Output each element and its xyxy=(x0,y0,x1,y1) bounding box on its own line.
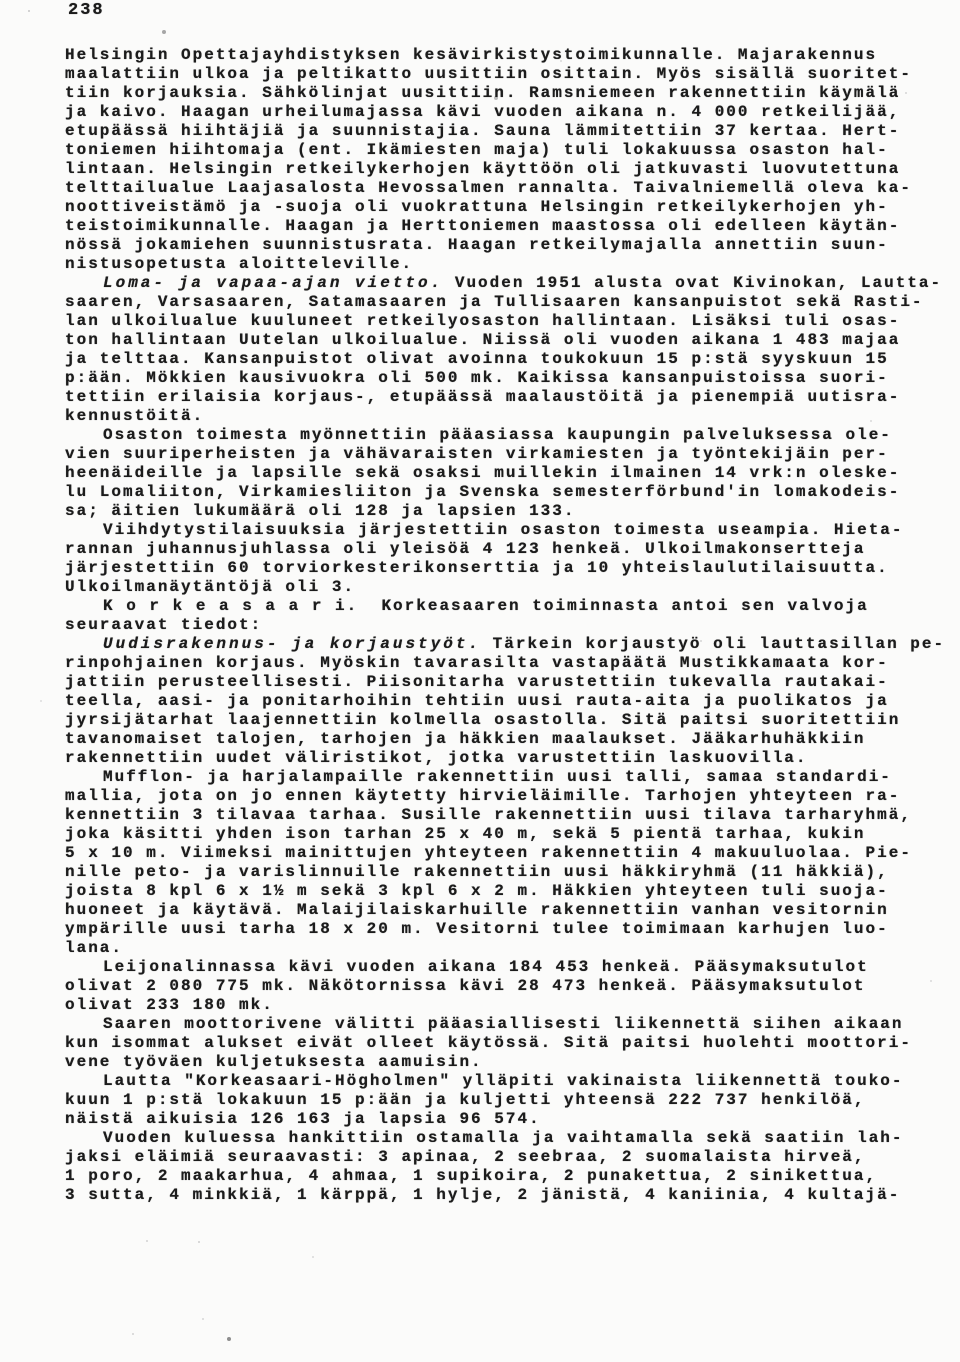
text-block: Helsingin Opettajayhdistyksen kesävirkis… xyxy=(65,46,945,1205)
text-line: huoneet ja käytävä. Malaijilaiskarhuille… xyxy=(65,901,945,920)
text-line: tavanomaiset talojen, tarhojen ja häkkie… xyxy=(65,730,945,749)
text-line: lu Lomaliiton, Virkamiesliiton ja Svensk… xyxy=(65,483,945,502)
paragraph: Lautta "Korkeasaari-Högholmen" ylläpiti … xyxy=(65,1072,945,1129)
text-line: jattiin perusteellisesti. Piisonitarha v… xyxy=(65,673,945,692)
text-line: järjestettiin 60 torviorkesterikonsertti… xyxy=(65,559,945,578)
text-line: rannan juhannusjuhlassa oli yleisöä 4 12… xyxy=(65,540,945,559)
text-line: K o r k e a s a a r i. Korkeasaaren toim… xyxy=(65,597,945,616)
text-line: olivat 2 080 775 mk. Näkötornissa kävi 2… xyxy=(65,977,945,996)
text-line: ja kaivo. Haagan urheilumajassa kävi vuo… xyxy=(65,103,945,122)
text-line: kun isommat alukset eivät olleet käytöss… xyxy=(65,1034,945,1053)
text-line: joka käsitti yhden ison tarhan 25 x 40 m… xyxy=(65,825,945,844)
scanned-document-page: 238 Helsingin Opettajayhdistyksen kesävi… xyxy=(0,0,960,1362)
text-line: lana. xyxy=(65,939,945,958)
text-line: kennettiin 3 tilavaa tarhaa. Susille rak… xyxy=(65,806,945,825)
paragraph: Helsingin Opettajayhdistyksen kesävirkis… xyxy=(65,46,945,274)
text-line: joista 8 kpl 6 x 1½ m sekä 3 kpl 6 x 2 m… xyxy=(65,882,945,901)
page-number: 238 xyxy=(68,1,105,20)
text-line: rakennettiin uudet väliristikot, jotka v… xyxy=(65,749,945,768)
paragraph: Viihdytystilaisuuksia järjestettiin osas… xyxy=(65,521,945,597)
text-line: kuun 1 p:stä lokakuun 15 p:ään ja kuljet… xyxy=(65,1091,945,1110)
text-line: p:ään. Mökkien kausivuokra oli 500 mk. K… xyxy=(65,369,945,388)
text-line: noottiveistämö ja -suoja oli vuokrattuna… xyxy=(65,198,945,217)
text-line: etupäässä hiihtäjiä ja suunnistajia. Sau… xyxy=(65,122,945,141)
text-run: Vuoden 1951 alusta ovat Kivinokan, Lautt… xyxy=(443,274,942,292)
text-line: ton hallintaan Uutelan ulkoilualue. Niis… xyxy=(65,331,945,350)
text-line: lintaan. Helsingin retkeilykerhojen käyt… xyxy=(65,160,945,179)
text-line: vene työväen kuljetuksesta aamuisin. xyxy=(65,1053,945,1072)
italic-heading: Uudisrakennus- ja korjaustyöt. xyxy=(103,635,481,653)
text-line: nille peto- ja varislinnuille rakennetti… xyxy=(65,863,945,882)
paragraph: Vuoden kuluessa hankittiin ostamalla ja … xyxy=(65,1129,945,1205)
text-line: Helsingin Opettajayhdistyksen kesävirkis… xyxy=(65,46,945,65)
text-line: maalattiin ulkoa ja peltikatto uusittiin… xyxy=(65,65,945,84)
paragraph: Osaston toimesta myönnettiin pääasiassa … xyxy=(65,426,945,521)
text-line: näistä aikuisia 126 163 ja lapsia 96 574… xyxy=(65,1110,945,1129)
text-line: jyrsijätarhat laajennettiin kolmella osa… xyxy=(65,711,945,730)
text-line: Viihdytystilaisuuksia järjestettiin osas… xyxy=(65,521,945,540)
text-line: seuraavat tiedot: xyxy=(65,616,945,635)
text-line: mallia, jota on jo ennen käytetty hirvie… xyxy=(65,787,945,806)
text-line: 1 poro, 2 maakarhua, 4 ahmaa, 1 supikoir… xyxy=(65,1167,945,1186)
text-line: kennustöitä. xyxy=(65,407,945,426)
text-line: teella, aasi- ja ponitarhoihin tehtiin u… xyxy=(65,692,945,711)
text-line: olivat 233 180 mk. xyxy=(65,996,945,1015)
text-line: Osaston toimesta myönnettiin pääasiassa … xyxy=(65,426,945,445)
scan-noise xyxy=(0,0,2,2)
text-line: ja telttaa. Kansanpuistot olivat avoinna… xyxy=(65,350,945,369)
paragraph: Leijonalinnassa kävi vuoden aikana 184 4… xyxy=(65,958,945,1015)
text-line: ympärille uusi tarha 18 x 20 m. Vesitorn… xyxy=(65,920,945,939)
text-line: vien suuriperheisten ja vähävaraisten vi… xyxy=(65,445,945,464)
text-line: tettiin erilaisia korjaus-, etupäässä ma… xyxy=(65,388,945,407)
text-line: Vuoden kuluessa hankittiin ostamalla ja … xyxy=(65,1129,945,1148)
italic-heading: Loma- ja vapaa-ajan vietto. xyxy=(103,274,443,292)
text-line: 3 sutta, 4 minkkiä, 1 kärppä, 1 hylje, 2… xyxy=(65,1186,945,1205)
text-line: sa; äitien lukumäärä oli 128 ja lapsien … xyxy=(65,502,945,521)
text-line: Mufflon- ja harjalampaille rakennettiin … xyxy=(65,768,945,787)
text-line: rinpohjainen korjaus. Myöskin tavarasilt… xyxy=(65,654,945,673)
text-line: Leijonalinnassa kävi vuoden aikana 184 4… xyxy=(65,958,945,977)
text-run: Tärkein korjaustyö oli lauttasillan pe- xyxy=(481,635,945,653)
text-line: 5 x 10 m. Viimeksi mainittujen yhteyteen… xyxy=(65,844,945,863)
paragraph: Uudisrakennus- ja korjaustyöt. Tärkein k… xyxy=(65,635,945,768)
text-line: Lautta "Korkeasaari-Högholmen" ylläpiti … xyxy=(65,1072,945,1091)
text-line: nössä jokamiehen suunnistusrata. Haagan … xyxy=(65,236,945,255)
text-line: telttailualue Laajasalosta Hevossalmen r… xyxy=(65,179,945,198)
paragraph: Loma- ja vapaa-ajan vietto. Vuoden 1951 … xyxy=(65,274,945,426)
text-line: Saaren moottorivene välitti pääasiallise… xyxy=(65,1015,945,1034)
text-line: tiin korjauksia. Sähkölinjat uusittiin. … xyxy=(65,84,945,103)
text-line: heenäideille ja lapsille sekä osaksi mui… xyxy=(65,464,945,483)
text-line: teistoimikunnalle. Haagan ja Herttonieme… xyxy=(65,217,945,236)
paragraph: Saaren moottorivene välitti pääasiallise… xyxy=(65,1015,945,1072)
text-line: saaren, Varsasaaren, Satamasaaren ja Tul… xyxy=(65,293,945,312)
text-line: toniemen hiihtomaja (ent. Ikämiesten maj… xyxy=(65,141,945,160)
text-line: jaksi eläimiä seuraavasti: 3 apinaa, 2 s… xyxy=(65,1148,945,1167)
paragraph: K o r k e a s a a r i. Korkeasaaren toim… xyxy=(65,597,945,635)
text-line: Ulkoilmanäytäntöjä oli 3. xyxy=(65,578,945,597)
text-line: lan ulkoilualue kuuluneet retkeilyosasto… xyxy=(65,312,945,331)
paragraph: Mufflon- ja harjalampaille rakennettiin … xyxy=(65,768,945,958)
text-line: Uudisrakennus- ja korjaustyöt. Tärkein k… xyxy=(65,635,945,654)
text-line: Loma- ja vapaa-ajan vietto. Vuoden 1951 … xyxy=(65,274,945,293)
text-line: nistusopetusta aloitteleville. xyxy=(65,255,945,274)
